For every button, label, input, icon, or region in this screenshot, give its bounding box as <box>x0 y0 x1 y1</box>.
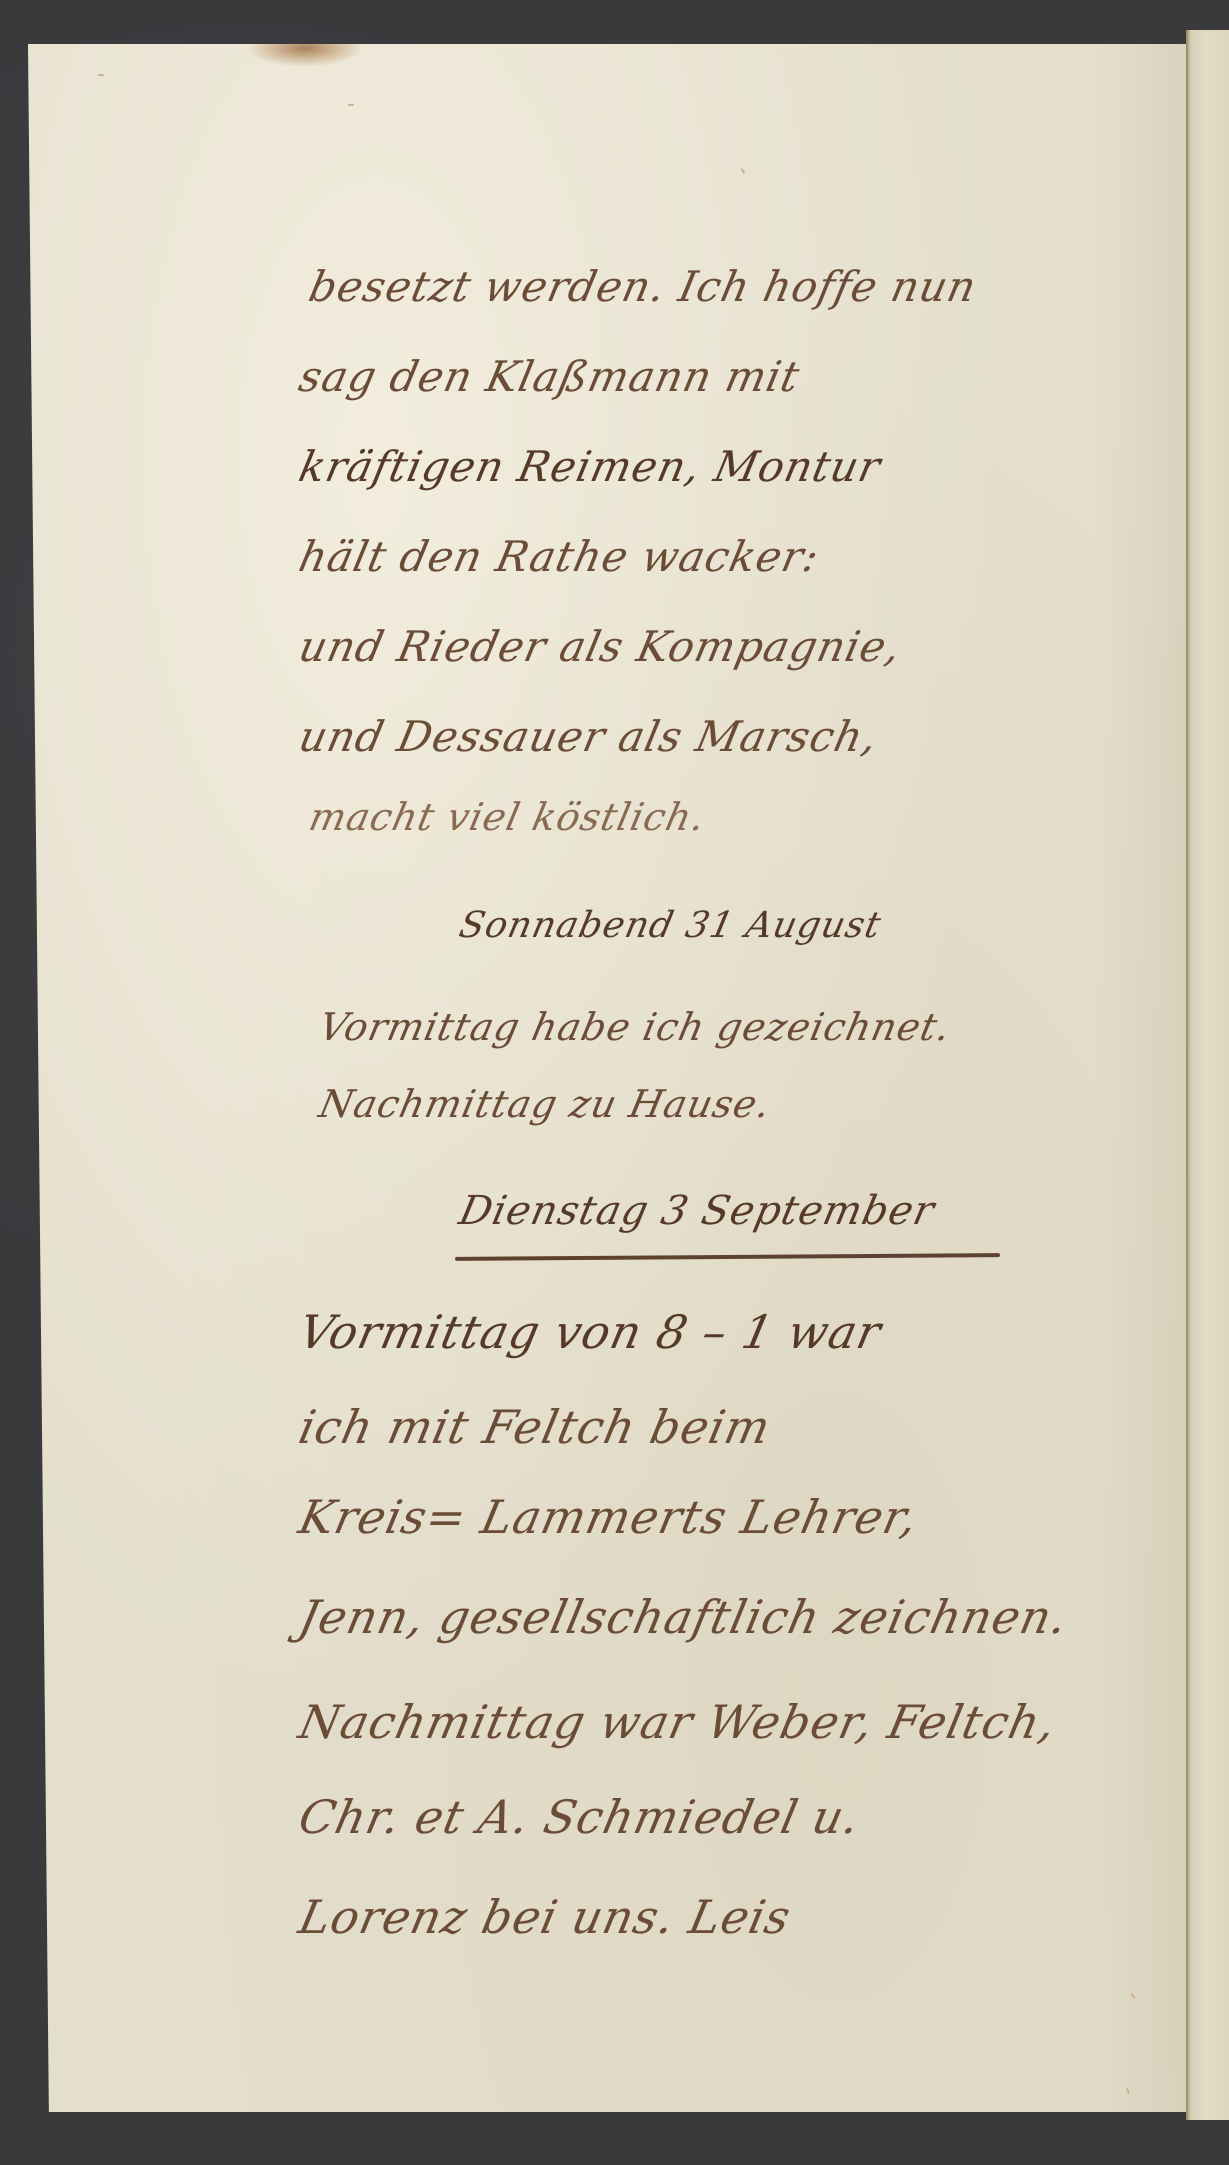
text-line: und Dessauer als Marsch, <box>295 712 883 761</box>
text-line: Vormittag habe ich gezeichnet. <box>315 1005 955 1049</box>
date-underline <box>455 1253 1000 1261</box>
date-heading: Sonnabend 31 August <box>456 905 886 946</box>
text-line: Chr. et A. Schmiedel u. <box>294 1790 865 1844</box>
text-line: Nachmittag war Weber, Feltch, <box>294 1695 1061 1749</box>
text-line: besetzt werden. Ich hoffe nun <box>305 262 981 311</box>
text-line: und Rieder als Kompagnie, <box>295 622 906 671</box>
text-line: hält den Rathe wacker: <box>295 532 824 581</box>
text-line: Kreis= Lammerts Lehrer, <box>294 1490 923 1544</box>
date-heading: Dienstag 3 September <box>455 1188 939 1234</box>
text-line: Vormittag von 8 – 1 war <box>294 1305 886 1359</box>
text-line: Jenn, gesellschaftlich zeichnen. <box>294 1590 1073 1644</box>
text-line: kräftigen Reimen, Montur <box>295 442 886 491</box>
text-line: macht viel köstlich. <box>305 795 709 839</box>
handwritten-text: besetzt werden. Ich hoffe nun sag den Kl… <box>0 0 1229 2165</box>
text-line: sag den Klaßmann mit <box>295 352 805 401</box>
text-line: ich mit Feltch beim <box>294 1400 775 1454</box>
text-line: Lorenz bei uns. Leis <box>294 1890 796 1944</box>
text-line: Nachmittag zu Hause. <box>315 1082 775 1126</box>
